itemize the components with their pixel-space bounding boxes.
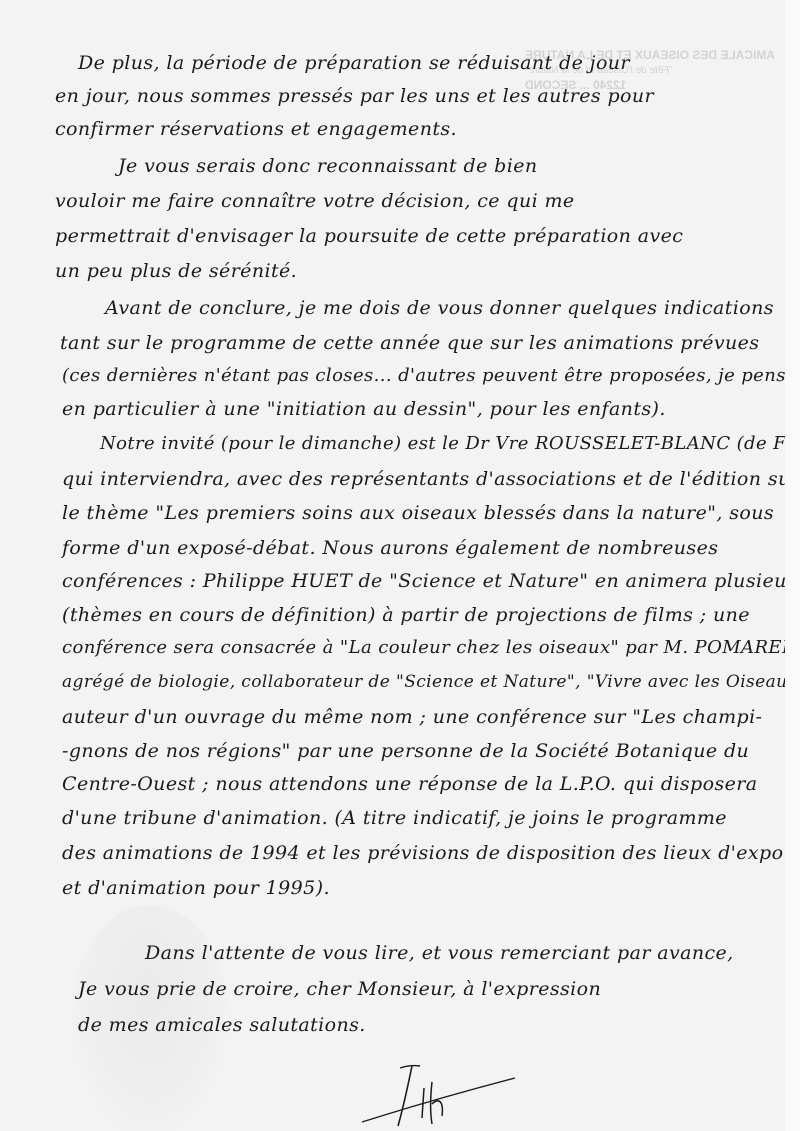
- letter-line: Notre invité (pour le dimanche) est le D…: [100, 433, 800, 454]
- letter-line: et d'animation pour 1995).: [62, 877, 330, 899]
- letter-line: d'une tribune d'animation. (A titre indi…: [62, 807, 727, 829]
- letter-line: auteur d'un ouvrage du même nom ; une co…: [62, 706, 762, 728]
- letter-line: un peu plus de sérénité.: [55, 260, 297, 282]
- paper-edge: [785, 0, 800, 1131]
- letter-line: tant sur le programme de cette année que…: [60, 332, 759, 354]
- letter-line: Dans l'attente de vous lire, et vous rem…: [145, 942, 734, 964]
- letter-page: AMICALE DES OISEAUX ET DE LA NATURE "Fêt…: [0, 0, 785, 1131]
- letter-line: agrégé de biologie, collaborateur de "Sc…: [62, 672, 800, 692]
- letter-line: (ces dernières n'étant pas closes... d'a…: [62, 365, 797, 386]
- letter-line: Je vous serais donc reconnaissant de bie…: [118, 155, 537, 177]
- letter-line: le thème "Les premiers soins aux oiseaux…: [62, 502, 774, 524]
- letter-line: -gnons de nos régions" par une personne …: [62, 740, 749, 762]
- letter-line: en jour, nous sommes pressés par les uns…: [55, 85, 654, 107]
- letter-line: forme d'un exposé-débat. Nous aurons éga…: [62, 537, 718, 559]
- signature: [340, 1060, 540, 1130]
- letter-line: vouloir me faire connaître votre décisio…: [55, 190, 575, 212]
- letter-line: permettrait d'envisager la poursuite de …: [55, 225, 683, 247]
- letter-line: de mes amicales salutations.: [78, 1014, 366, 1036]
- letter-line: Avant de conclure, je me dois de vous do…: [105, 297, 774, 319]
- letter-line: qui interviendra, avec des représentants…: [62, 468, 800, 490]
- letter-line: Je vous prie de croire, cher Monsieur, à…: [78, 978, 601, 1000]
- letter-line: des animations de 1994 et les prévisions…: [62, 842, 790, 864]
- letter-line: en particulier à une "initiation au dess…: [62, 398, 666, 420]
- letter-line: Centre-Ouest ; nous attendons une répons…: [62, 773, 757, 795]
- letter-line: conférence sera consacrée à "La couleur …: [62, 637, 800, 658]
- letter-line: confirmer réservations et engagements.: [55, 118, 457, 140]
- letter-line: (thèmes en cours de définition) à partir…: [62, 604, 750, 626]
- letter-line: conférences : Philippe HUET de "Science …: [62, 570, 800, 592]
- letter-line: De plus, la période de préparation se ré…: [78, 52, 630, 74]
